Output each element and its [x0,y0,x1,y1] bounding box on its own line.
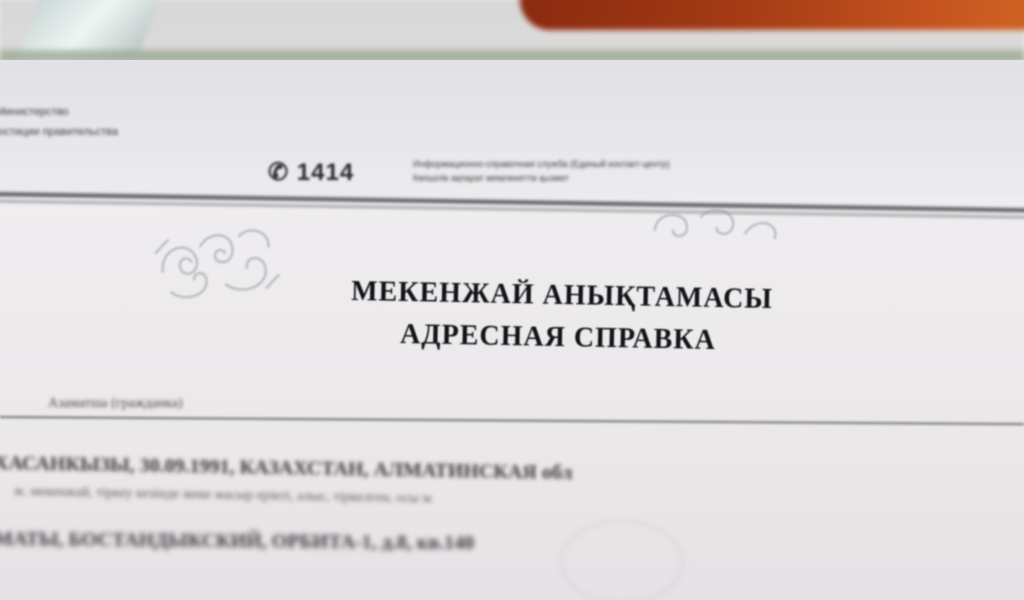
phone-description-1: Информационно-справочная служба (Единый … [413,159,670,169]
background-orange-object [520,0,1024,30]
citizen-data-line-3: МАТЫ, БОСТАНДЫКСКИЙ, ОРБИТА-1, д.8, кв.1… [0,528,474,555]
ornament-icon [644,201,785,251]
org-line-1: Министерство [0,106,69,118]
citizen-field-label: Азаматша (гражданка) [48,396,183,412]
photo-scene: Министерство юстиции правительства ✆ 141… [0,0,1024,600]
phone-number: ✆ 1414 [268,158,354,187]
phone-description-2: Көпшілік ақпарат мемлекеттік қызмет [413,173,569,183]
faint-stamp [560,520,684,600]
org-line-2: юстиции правительства [0,126,118,138]
